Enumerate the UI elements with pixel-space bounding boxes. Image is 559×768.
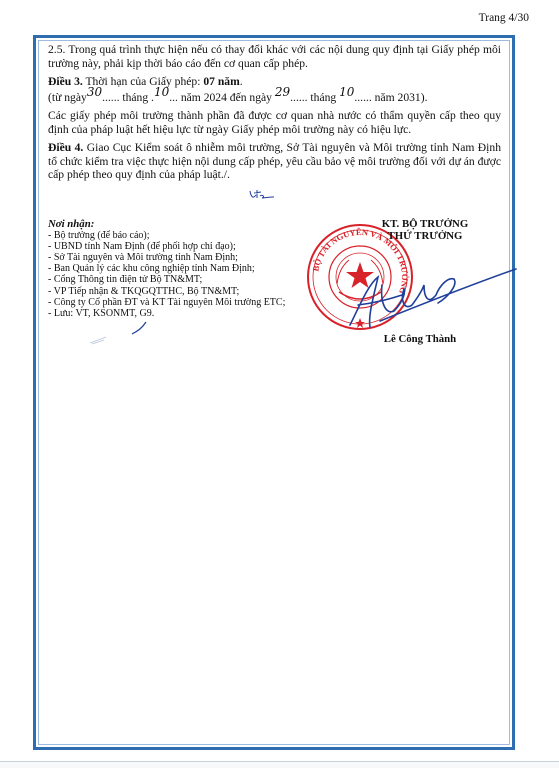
handwritten-day-end: 29	[275, 85, 290, 99]
check-mark-icon	[130, 320, 150, 336]
recipients-title: Nơi nhận:	[48, 219, 285, 230]
signer-name: Lê Công Thành	[365, 333, 475, 345]
page-number: Trang 4/30	[479, 12, 529, 24]
recipient-item: - UBND tỉnh Nam Định (để phối hợp chỉ đạ…	[48, 241, 285, 252]
article-3-label: Điều 3.	[48, 75, 83, 88]
dots: ......	[102, 91, 119, 104]
recipient-item: - Lưu: VT, KSONMT, G9.	[48, 308, 285, 319]
handwritten-signature-icon	[320, 255, 520, 335]
article-4-label: Điều 4.	[48, 141, 83, 154]
year-end: năm 2031).	[372, 91, 428, 104]
component-permits-paragraph: Các giấy phép môi trường thành phần đã đ…	[48, 109, 501, 137]
dots: ...	[169, 91, 178, 104]
recipient-item: - Công ty Cổ phần ĐT và KT Tài nguyên Mô…	[48, 297, 285, 308]
recipient-item: - VP Tiếp nhận & TKQGQTTHC, Bộ TN&MT;	[48, 286, 285, 297]
clause-2-5: 2.5. Trong quá trình thực hiện nếu có th…	[48, 43, 501, 71]
recipient-item: - Ban Quản lý các khu công nghiệp tỉnh N…	[48, 263, 285, 274]
article-3-end: .	[240, 75, 243, 88]
year-start: năm 2024 đến ngày	[178, 91, 275, 104]
dots: ......	[354, 91, 371, 104]
dots: ......	[290, 91, 307, 104]
handwritten-day-start: 30	[87, 85, 102, 99]
article-4: Điều 4. Giao Cục Kiểm soát ô nhiễm môi t…	[48, 141, 501, 182]
pencil-scribble-icon	[88, 334, 110, 346]
handwritten-month-end: 10	[339, 85, 354, 99]
dates-prefix: (từ ngày	[48, 91, 87, 104]
article-4-text: Giao Cục Kiểm soát ô nhiễm môi trường, S…	[48, 141, 501, 182]
document-body: 2.5. Trong quá trình thực hiện nếu có th…	[48, 43, 501, 186]
recipients-list: Nơi nhận: - Bộ trưởng (để báo cáo); - UB…	[48, 219, 285, 319]
recipient-item: - Cổng Thông tin điện tử Bộ TN&MT;	[48, 274, 285, 285]
month-word: tháng	[308, 91, 340, 104]
viewer-bottom-bar	[0, 761, 559, 768]
signature-block: KT. BỘ TRƯỞNG THỨ TRƯỞNG	[360, 218, 490, 242]
recipient-item: - Bộ trưởng (để báo cáo);	[48, 230, 285, 241]
validity-dates: (từ ngày30...... tháng .10... năm 2024 đ…	[48, 91, 501, 105]
signature-line-1: KT. BỘ TRƯỞNG	[360, 218, 490, 230]
recipient-item: - Sở Tài nguyên và Môi trường tỉnh Nam Đ…	[48, 252, 285, 263]
initials-mark-icon	[248, 188, 276, 202]
article-3-duration: 07 năm	[203, 75, 239, 88]
signature-line-2: THỨ TRƯỞNG	[360, 230, 490, 242]
month-word: tháng	[119, 91, 151, 104]
handwritten-month-start: 10	[154, 85, 169, 99]
